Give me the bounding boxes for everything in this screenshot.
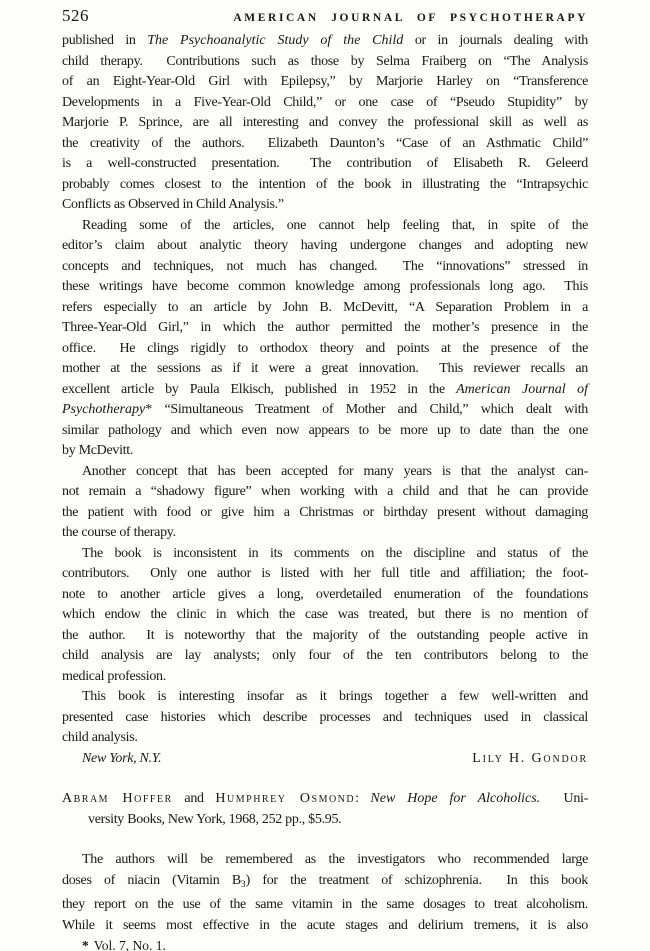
text-line: which endow the clinic in which the case… [62, 605, 588, 626]
body-text: by McDevitt. [62, 443, 133, 458]
text-line: these writings have become common knowle… [62, 277, 588, 298]
body-text: Another concept that has been accepted f… [82, 464, 588, 479]
text-line: the author. It is noteworthy that the ma… [62, 626, 588, 647]
text-line: refers especially to an article by John … [62, 298, 588, 319]
text-line: Conflicts as Observed in Child Analysis.… [62, 195, 588, 216]
text-line: medical profession. [62, 667, 588, 688]
body-text: refers especially to an article by John … [62, 300, 588, 315]
italic-text: American Journal of [456, 382, 588, 397]
text-line: concepts and techniques, not much has ch… [62, 257, 588, 278]
text-line: Abram Hoffer and Humphrey Osmond: New Ho… [62, 789, 588, 810]
body-text: The authors will be remembered as the in… [82, 852, 588, 867]
body-text: similar pathology and which even now app… [62, 423, 588, 438]
next-review-heading: Abram Hoffer and Humphrey Osmond: New Ho… [62, 789, 588, 830]
text-line: the course of therapy. [62, 523, 588, 544]
text-line: The book is inconsistent in its comments… [62, 544, 588, 565]
body-text: While it seems most effective in the acu… [62, 918, 588, 933]
journal-page: 526 AMERICAN JOURNAL OF PSYCHOTHERAPY pu… [0, 0, 650, 951]
text-line: is a well-constructed presentation. The … [62, 154, 588, 175]
body-text: child analysis. [62, 730, 138, 745]
text-line: child therapy. Contributions such as tho… [62, 52, 588, 73]
body-text: editor’s claim about analytic theory hav… [62, 238, 588, 253]
review-paragraph-2: Reading some of the articles, one cannot… [62, 216, 588, 462]
text-line: Three-Year-Old Girl,” in which the autho… [62, 318, 588, 339]
body-text: or in journals dealing with [403, 33, 588, 48]
footnote: *Vol. 7, No. 1. [62, 937, 588, 951]
text-line: office. He clings rigidly to orthodox th… [62, 339, 588, 360]
text-line: child analysis are lay analysts; only fo… [62, 646, 588, 667]
next-review-paragraph-1: The authors will be remembered as the in… [62, 850, 588, 936]
italic-text: New Hope for Alcoholics. [370, 791, 540, 806]
body-text: child therapy. Contributions such as tho… [62, 54, 588, 69]
text-line: note to another article gives a long, ov… [62, 585, 588, 606]
body-text: concepts and techniques, not much has ch… [62, 259, 588, 274]
smallcaps-text: Abram Hoffer [62, 791, 173, 806]
body-text: and [173, 791, 216, 806]
body-text: Reading some of the articles, one cannot… [82, 218, 588, 233]
body-text: medical profession. [62, 669, 166, 684]
body-text: probably comes closest to the intention … [62, 177, 588, 192]
body-text: which endow the clinic in which the case… [62, 607, 588, 622]
review-paragraph-3: Another concept that has been accepted f… [62, 462, 588, 544]
body-text: Uni- [540, 791, 588, 806]
text-line: mother at the sessions as if it were a g… [62, 359, 588, 380]
body-text: note to another article gives a long, ov… [62, 587, 588, 602]
body-text: the course of therapy. [62, 525, 176, 540]
text-line: they report on the use of the same vitam… [62, 895, 588, 916]
body-text: presented case histories which describe … [62, 710, 588, 725]
text-line: editor’s claim about analytic theory hav… [62, 236, 588, 257]
text-line: Psychotherapy* “Simultaneous Treatment o… [62, 400, 588, 421]
body-text: This book is interesting insofar as it b… [82, 689, 588, 704]
body-text: they report on the use of the same vitam… [62, 897, 588, 912]
text-line: by McDevitt. [62, 441, 588, 462]
body-text: excellent article by Paula Elkisch, publ… [62, 382, 456, 397]
body-text: : [355, 791, 370, 806]
body-text: is a well-constructed presentation. The … [62, 156, 588, 171]
review-paragraph-1: published in The Psychoanalytic Study of… [62, 31, 588, 216]
body-text: doses of niacin (Vitamin B [62, 873, 241, 888]
text-line: excellent article by Paula Elkisch, publ… [62, 380, 588, 401]
body-text: Conflicts as Observed in Child Analysis.… [62, 197, 284, 212]
italic-text: Psychotherapy [62, 402, 145, 417]
body-text: published in [62, 33, 147, 48]
body-text: versity Books, New York, 1968, 252 pp., … [88, 812, 341, 827]
text-line: the creativity of the authors. Elizabeth… [62, 134, 588, 155]
review-signature: New York, N.Y.Lily H. Gondor [62, 749, 588, 770]
body-text: Three-Year-Old Girl,” in which the autho… [62, 320, 588, 335]
body-text: mother at the sessions as if it were a g… [62, 361, 588, 376]
body-text: the creativity of the authors. Elizabeth… [62, 136, 588, 151]
smallcaps-text: Humphrey Osmond [215, 791, 355, 806]
text-line: similar pathology and which even now app… [62, 421, 588, 442]
body-text: of an Eight-Year-Old Girl with Epilepsy,… [62, 74, 588, 89]
document-body: published in The Psychoanalytic Study of… [62, 31, 588, 936]
body-text: Developments in a Five-Year-Old Child,” … [62, 95, 588, 110]
text-line: Another concept that has been accepted f… [62, 462, 588, 483]
text-line: child analysis. [62, 728, 588, 749]
reviewer-name: Lily H. Gondor [472, 749, 588, 770]
footnote-marker: * [82, 938, 89, 951]
journal-title: AMERICAN JOURNAL OF PSYCHOTHERAPY [233, 12, 588, 24]
text-line: the patient with food or give him a Chri… [62, 503, 588, 524]
review-paragraph-4: The book is inconsistent in its comments… [62, 544, 588, 688]
body-text: office. He clings rigidly to orthodox th… [62, 341, 588, 356]
body-text: * “Simultaneous Treatment of Mother and … [145, 402, 588, 417]
body-text: child analysis are lay analysts; only fo… [62, 648, 588, 663]
body-text: contributors. Only one author is listed … [62, 566, 588, 581]
text-line: of an Eight-Year-Old Girl with Epilepsy,… [62, 72, 588, 93]
signature-place: New York, N.Y. [62, 749, 161, 770]
body-text: not remain a “shadowy figure” when worki… [62, 484, 588, 499]
body-text: the author. It is noteworthy that the ma… [62, 628, 588, 643]
text-line: Developments in a Five-Year-Old Child,” … [62, 93, 588, 114]
body-text: these writings have become common knowle… [62, 279, 588, 294]
body-text: ) for the treatment of schizophrenia. In… [246, 873, 588, 888]
text-line: versity Books, New York, 1968, 252 pp., … [62, 810, 588, 831]
text-line: doses of niacin (Vitamin B3) for the tre… [62, 871, 588, 896]
footnote-text: Vol. 7, No. 1. [94, 938, 166, 951]
review-paragraph-5: This book is interesting insofar as it b… [62, 687, 588, 749]
italic-text: The Psychoanalytic Study of the Child [147, 33, 403, 48]
text-line: not remain a “shadowy figure” when worki… [62, 482, 588, 503]
body-text: the patient with food or give him a Chri… [62, 505, 588, 520]
text-line: contributors. Only one author is listed … [62, 564, 588, 585]
text-line: Marjorie P. Sprince, are all interesting… [62, 113, 588, 134]
text-line: While it seems most effective in the acu… [62, 916, 588, 937]
text-line: This book is interesting insofar as it b… [62, 687, 588, 708]
text-line: Reading some of the articles, one cannot… [62, 216, 588, 237]
body-text: The book is inconsistent in its comments… [82, 546, 588, 561]
text-line: probably comes closest to the intention … [62, 175, 588, 196]
text-line: The authors will be remembered as the in… [62, 850, 588, 871]
text-line: presented case histories which describe … [62, 708, 588, 729]
text-line: published in The Psychoanalytic Study of… [62, 31, 588, 52]
page-header: 526 AMERICAN JOURNAL OF PSYCHOTHERAPY [62, 6, 588, 26]
body-text: Marjorie P. Sprince, are all interesting… [62, 115, 588, 130]
page-number: 526 [62, 6, 89, 26]
